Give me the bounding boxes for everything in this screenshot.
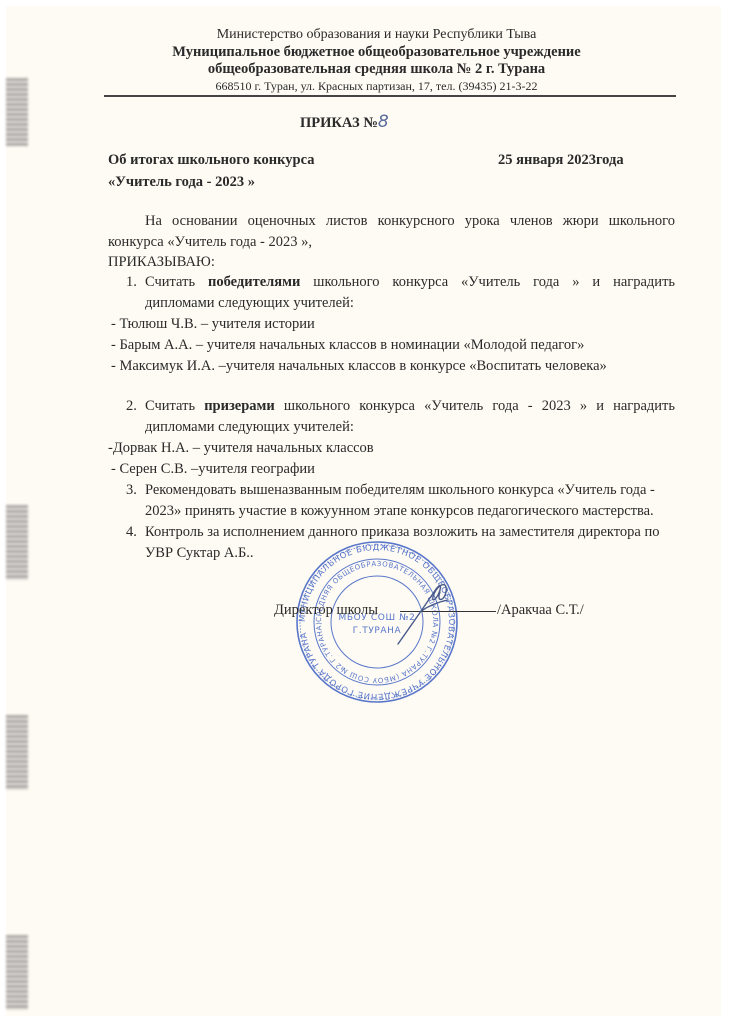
intro-line2: конкурса «Учитель года - 2023 », — [108, 232, 312, 253]
winner-list-item: - Тюлюш Ч.В. – учителя истории — [111, 314, 315, 335]
item-3-number: 3. — [126, 480, 137, 501]
subject-line2: «Учитель года - 2023 » — [108, 174, 255, 191]
order-title: ПРИКАЗ №8 — [300, 112, 480, 132]
prize-winner-list-item: - Серен С.В. –учителя географии — [111, 459, 315, 480]
item-2-line1: Считать призерами школьного конкурса «Уч… — [145, 396, 675, 417]
subject-line1: Об итогах школьного конкурса — [108, 152, 314, 169]
scan-artifact — [6, 505, 28, 580]
handwritten-signature-icon — [390, 572, 460, 652]
item-1-line1: Считать победителями школьного конкурса … — [145, 272, 675, 293]
scan-artifact — [6, 935, 28, 1010]
item-3-line2: 2023» принять участие в кожуунном этапе … — [145, 501, 654, 522]
order-title-label: ПРИКАЗ № — [300, 115, 378, 131]
emphasis-prize-winners: призерами — [204, 398, 275, 414]
institution-name-line2: общеобразовательная средняя школа № 2 г.… — [104, 61, 649, 78]
ministry-name: Министерство образования и науки Республ… — [104, 27, 649, 43]
item-2-line2: дипломами следующих учителей: — [145, 417, 354, 438]
header-divider — [104, 95, 676, 97]
winner-list-item: - Максимук И.А. –учителя начальных класс… — [111, 356, 607, 377]
item-2-number: 2. — [126, 396, 137, 417]
signature-name: /Аракчаа С.Т./ — [497, 600, 584, 621]
signature-role: Директор школы — [274, 600, 378, 621]
item-1-number: 1. — [126, 272, 137, 293]
item-3-line1: Рекомендовать вышеназванным победителям … — [145, 480, 655, 501]
item-4-number: 4. — [126, 522, 137, 543]
item-1-line2: дипломами следующих учителей: — [145, 293, 354, 314]
item-4-line2: УВР Суктар А.Б.. — [145, 543, 254, 564]
scan-artifact — [6, 715, 28, 790]
emphasis-winners: победителями — [208, 274, 300, 290]
scan-artifact — [6, 78, 28, 146]
order-number-handwritten: 8 — [378, 112, 389, 132]
institution-address: 668510 г. Туран, ул. Красных партизан, 1… — [104, 79, 649, 94]
directive: ПРИКАЗЫВАЮ: — [108, 252, 215, 273]
order-date: 25 января 2023года — [498, 152, 624, 169]
intro-line1: На основании оценочных листов конкурсног… — [145, 211, 675, 232]
institution-name-line1: Муниципальное бюджетное общеобразователь… — [104, 44, 649, 61]
winner-list-item: - Барым А.А. – учителя начальных классов… — [111, 335, 584, 356]
prize-winner-list-item: -Дорвак Н.А. – учителя начальных классов — [108, 438, 374, 459]
